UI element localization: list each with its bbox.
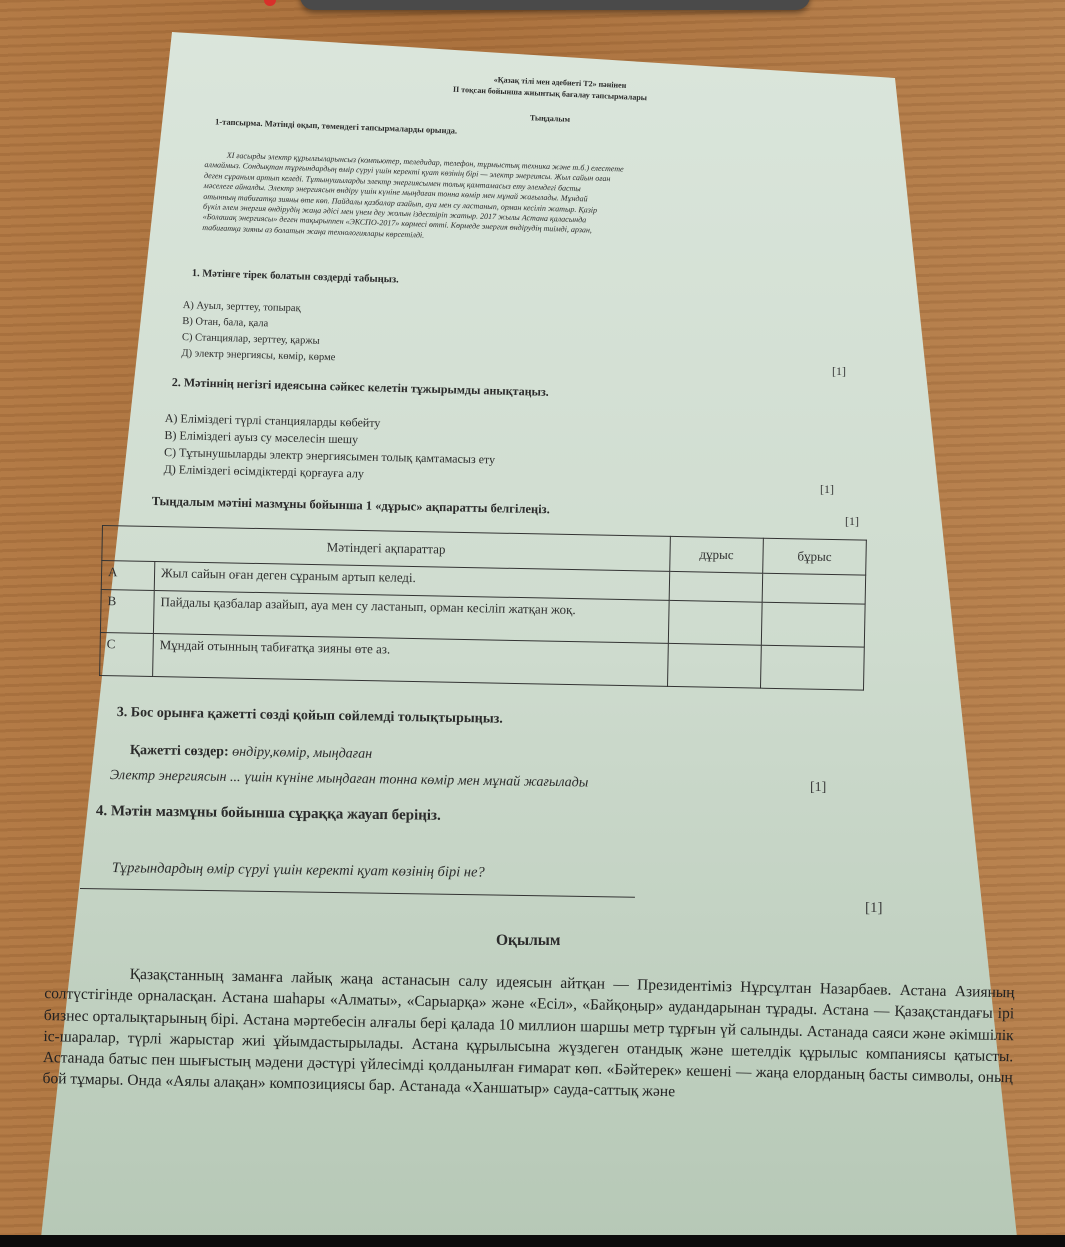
question4-mark: [1] — [865, 900, 883, 917]
section-title-reading: Оқылым — [496, 932, 560, 950]
row-text: Мұндай отынның табиғатқа зияны өте аз. — [153, 634, 669, 687]
question2-mark: [1] — [820, 482, 834, 497]
table-task-mark: [1] — [845, 514, 859, 529]
false-checkbox-cell[interactable] — [760, 645, 864, 690]
question3-mark: [1] — [810, 780, 826, 796]
row-letter: С — [100, 632, 154, 676]
false-checkbox-cell[interactable] — [762, 573, 866, 604]
true-checkbox-cell[interactable] — [668, 600, 762, 645]
header-true: дұрыс — [670, 536, 764, 573]
false-checkbox-cell[interactable] — [761, 602, 865, 647]
information-table: Мәтіндегі ақпараттар дұрыс бұрыс А Жыл с… — [99, 525, 867, 691]
reading-text: Қазақстанның заманға лайық жаңа астанасы… — [42, 962, 1014, 1110]
question1-mark: [1] — [832, 364, 846, 379]
question1-options: А) Ауыл, зерттеу, топырақ В) Отан, бала,… — [181, 298, 337, 366]
row-letter: А — [101, 561, 155, 591]
reading-paragraph: Қазақстанның заманға лайық жаңа астанасы… — [42, 962, 1014, 1110]
true-checkbox-cell[interactable] — [668, 643, 762, 688]
bottom-frame-bar — [0, 1235, 1065, 1247]
required-words-list: өндіру,көмір, мыңдаған — [229, 745, 373, 762]
header-false: бұрыс — [763, 538, 867, 575]
required-words-label: Қажетті сөздер: — [130, 743, 229, 760]
true-checkbox-cell[interactable] — [669, 571, 763, 602]
question2-options: А) Еліміздегі түрлі станцияларды көбейту… — [163, 410, 496, 485]
phone-object — [300, 0, 810, 10]
row-letter: В — [100, 589, 154, 633]
